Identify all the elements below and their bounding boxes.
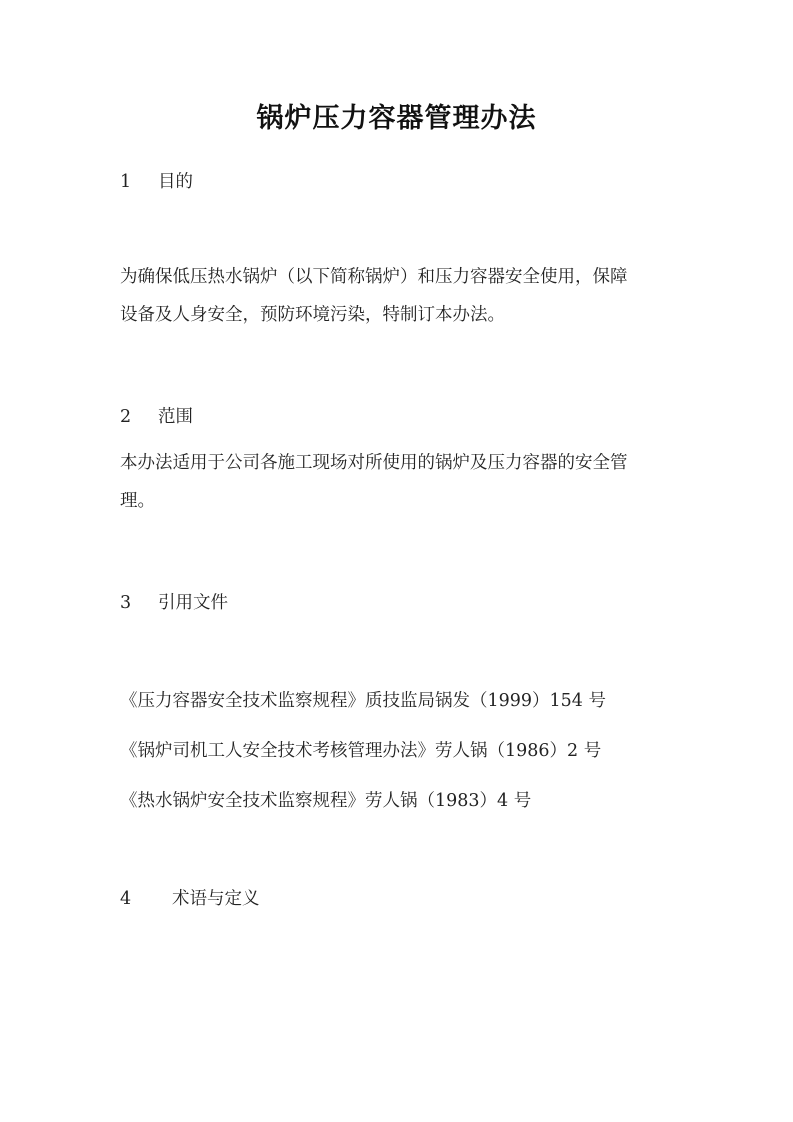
section-1-paragraph: 为确保低压热水锅炉（以下简称锅炉）和压力容器安全使用，保障 设备及人身安全，预防… xyxy=(120,258,680,334)
paragraph-line: 设备及人身安全，预防环境污染，特制订本办法。 xyxy=(120,296,680,334)
section-number: 4 xyxy=(120,889,172,909)
section-4-heading: 4术语与定义 xyxy=(120,885,260,910)
reference-item: 《热水锅炉安全技术监察规程》劳人锅（1983）4 号 xyxy=(120,787,531,812)
reference-item: 《锅炉司机工人安全技术考核管理办法》劳人锅（1986）2 号 xyxy=(120,737,601,762)
section-title: 引用文件 xyxy=(158,593,228,613)
section-2-heading: 2范围 xyxy=(120,403,193,428)
paragraph-line: 本办法适用于公司各施工现场对所使用的锅炉及压力容器的安全管 xyxy=(120,444,680,482)
document-title: 锅炉压力容器管理办法 xyxy=(0,96,793,135)
section-1-heading: 1目的 xyxy=(120,168,193,193)
reference-item: 《压力容器安全技术监察规程》质技监局锅发（1999）154 号 xyxy=(120,687,606,712)
section-title: 目的 xyxy=(158,172,193,192)
section-number: 3 xyxy=(120,593,158,613)
section-number: 2 xyxy=(120,407,158,427)
document-page: 锅炉压力容器管理办法 1目的 为确保低压热水锅炉（以下简称锅炉）和压力容器安全使… xyxy=(0,0,793,1122)
paragraph-line: 理。 xyxy=(120,482,680,520)
paragraph-line: 为确保低压热水锅炉（以下简称锅炉）和压力容器安全使用，保障 xyxy=(120,258,680,296)
section-title: 范围 xyxy=(158,407,193,427)
section-3-heading: 3引用文件 xyxy=(120,589,228,614)
section-number: 1 xyxy=(120,172,158,192)
section-title: 术语与定义 xyxy=(172,889,260,909)
section-2-paragraph: 本办法适用于公司各施工现场对所使用的锅炉及压力容器的安全管 理。 xyxy=(120,444,680,520)
